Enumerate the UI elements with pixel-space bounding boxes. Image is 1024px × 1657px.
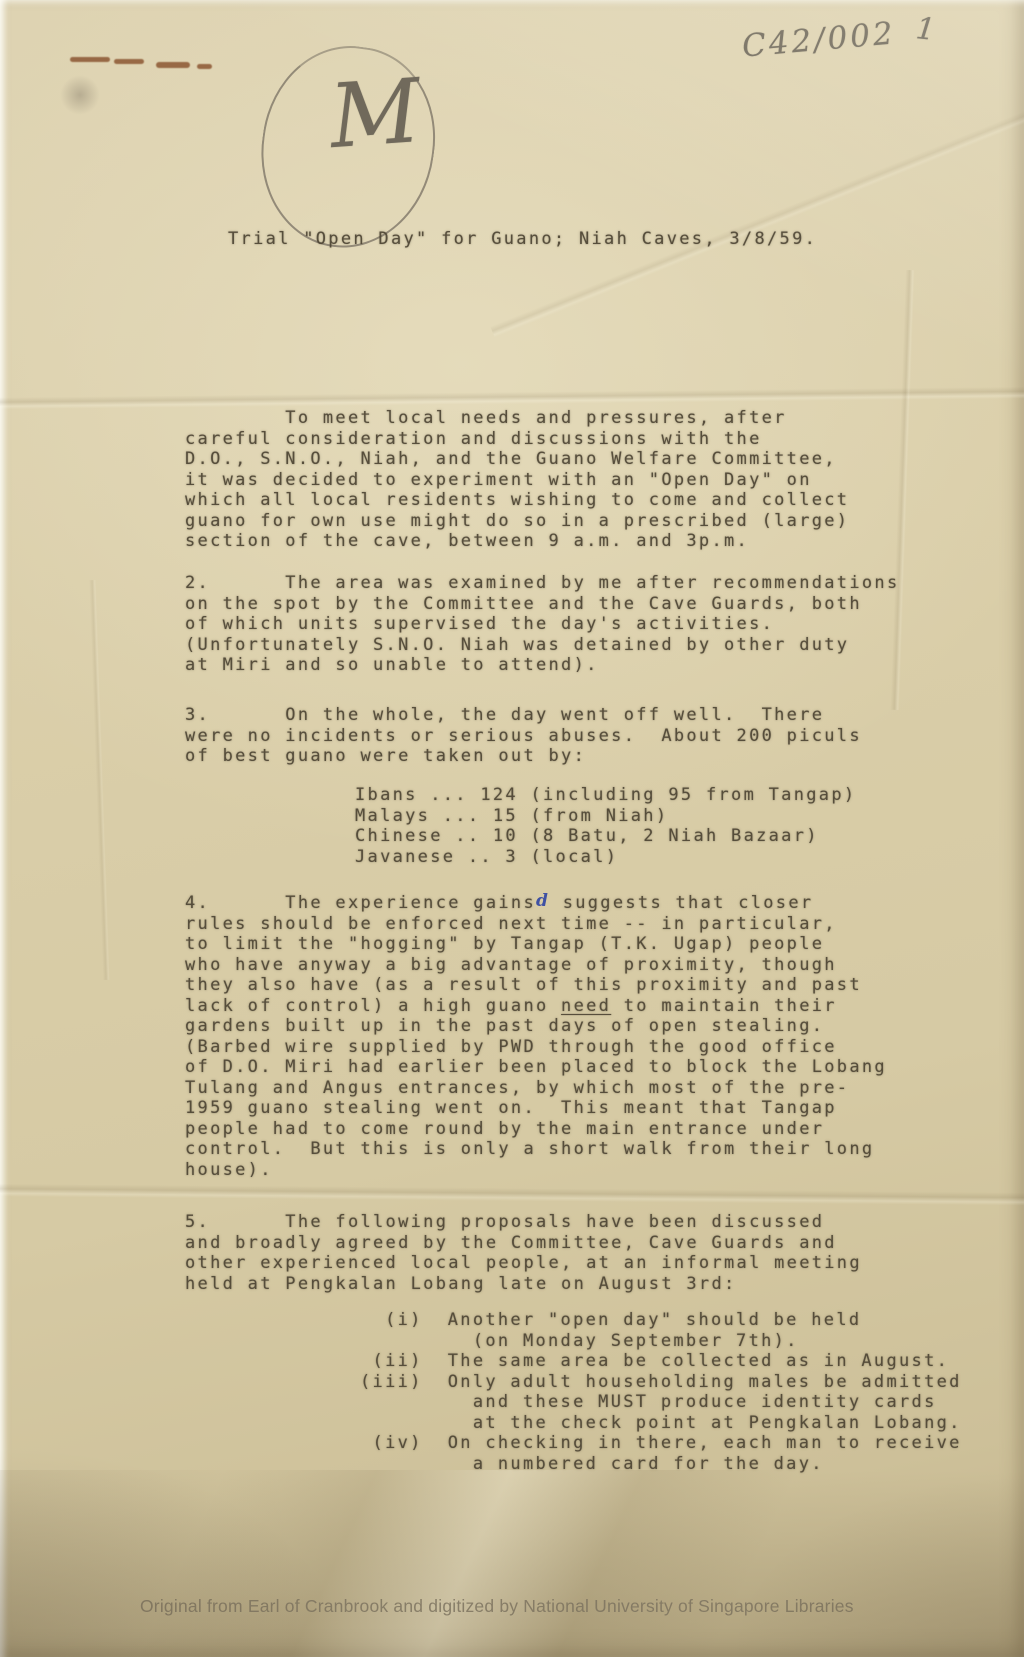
smudge-mark: [60, 75, 100, 115]
crease-line: [0, 387, 1024, 410]
underlined-word-need: need: [561, 996, 611, 1016]
handwritten-blue-ink-insert: d: [536, 891, 550, 911]
handwritten-file-reference: C42/002: [741, 15, 897, 64]
paragraph-2: 2. The area was examined by me after rec…: [185, 573, 900, 676]
proposals-list: (i) Another "open day" should be held (o…: [360, 1310, 962, 1474]
stain-mark: [114, 59, 144, 64]
paragraph-4-text-before-insert: 4. The experience gains: [185, 893, 536, 913]
stain-mark: [197, 64, 212, 69]
crinkled-paper-area: [0, 1470, 1024, 1657]
stain-mark: [156, 62, 190, 68]
handwritten-page-number: 1: [914, 11, 937, 48]
handwritten-circled-letter-m: M: [327, 59, 424, 168]
stain-mark: [70, 57, 110, 62]
paragraph-5: 5. The following proposals have been dis…: [185, 1212, 862, 1294]
crease-line: [89, 580, 110, 980]
paragraph-3: 3. On the whole, the day went off well. …: [185, 705, 862, 767]
paragraph-4: 4. The experience gainsd suggests that c…: [185, 893, 887, 1180]
scanned-document-page: C42/002 1 M Trial "Open Day" for Guano; …: [0, 0, 1024, 1657]
paragraph-1: To meet local needs and pressures, after…: [185, 408, 849, 552]
paragraph-4-text-after: to maintain their gardens built up in th…: [185, 996, 887, 1180]
guano-collection-list: Ibans ... 124 (including 95 from Tangap)…: [355, 785, 856, 867]
crease-line: [0, 1184, 1024, 1206]
crease-line: [490, 94, 1024, 337]
digitization-credit: Original from Earl of Cranbrook and digi…: [140, 1596, 854, 1617]
document-title: Trial "Open Day" for Guano; Niah Caves, …: [228, 229, 817, 250]
